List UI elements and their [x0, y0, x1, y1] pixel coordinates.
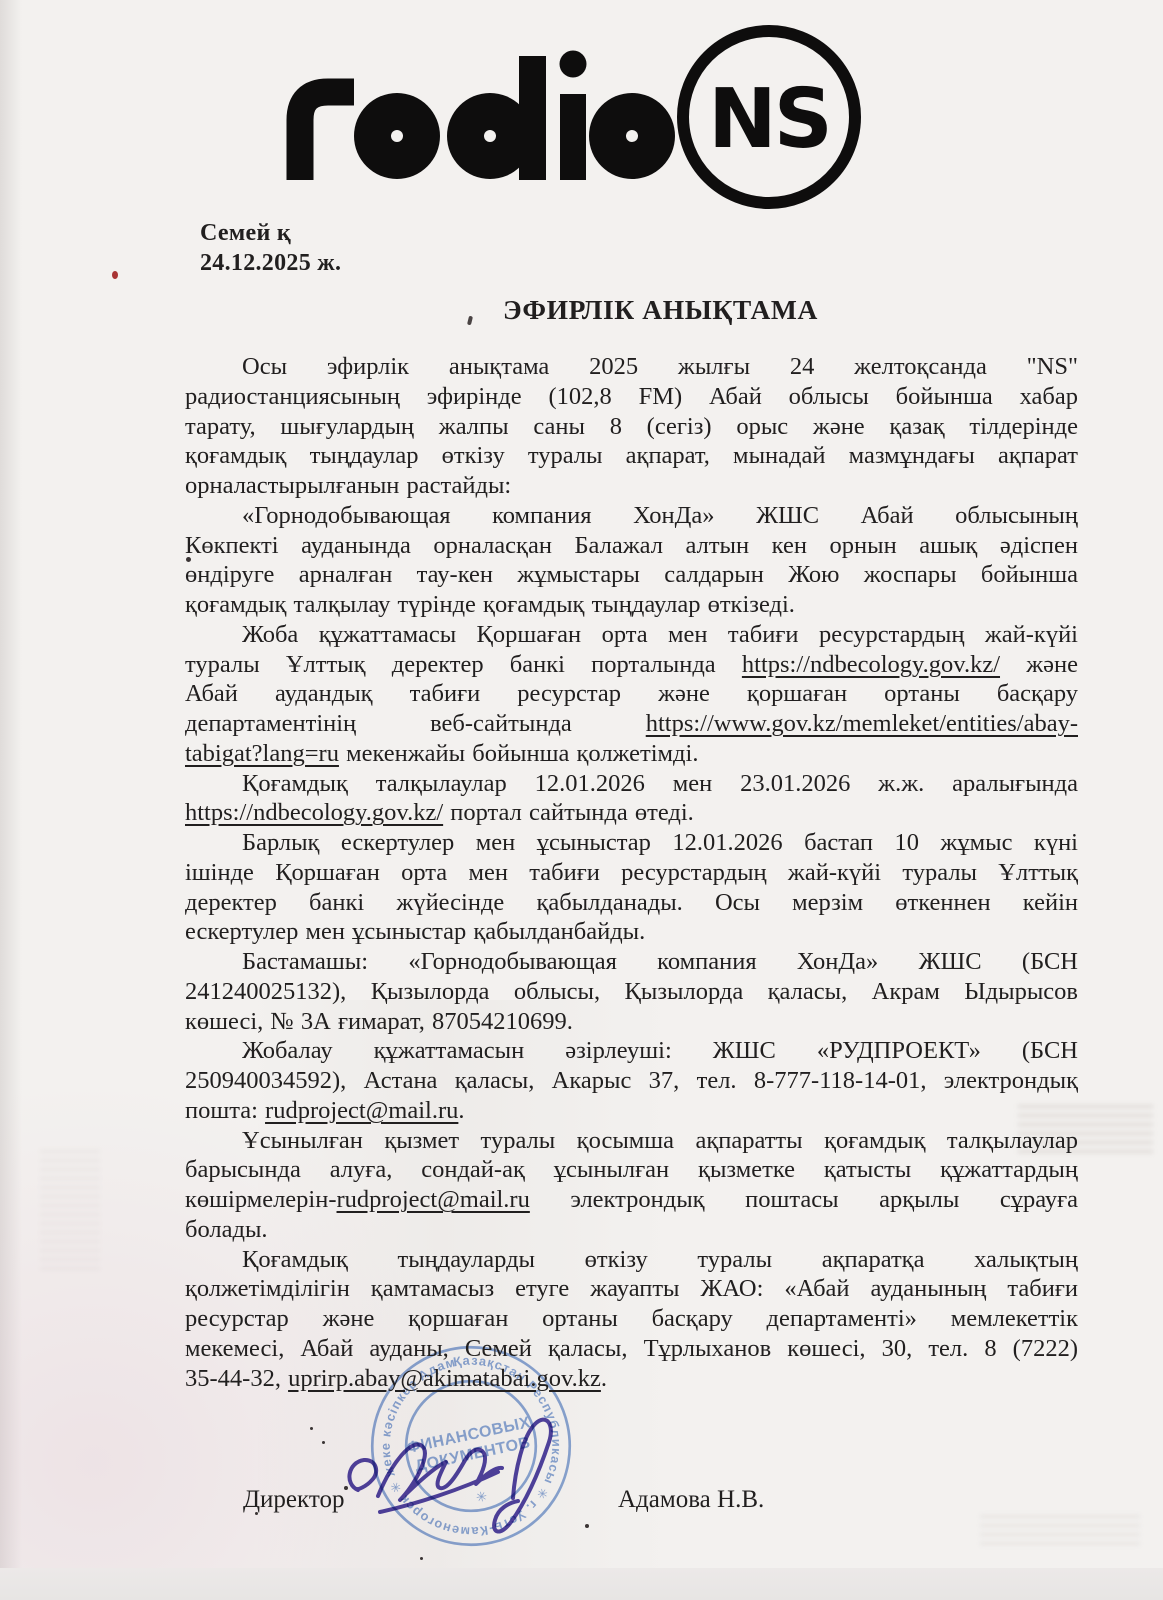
text-line: tabigat?lang=ru мекенжайы бойынша қолжет…	[185, 739, 1078, 769]
scan-speck	[310, 1427, 313, 1430]
text-segment: 250940034592), Астана қаласы, Акарыс 37,…	[185, 1067, 1078, 1094]
text-line: Абай аудандық табиғи ресурстар және қорш…	[185, 679, 1078, 709]
scan-bottom-edge	[0, 1568, 1163, 1600]
logo-ns-text: NS	[708, 72, 830, 167]
text-segment: Бастамашы: «Горнодобывающая компания Хон…	[242, 948, 1078, 975]
text-segment: пошта:	[185, 1097, 265, 1124]
link-text: rudproject@mail.ru	[337, 1186, 530, 1213]
text-segment: департаментінің веб-сайтында	[185, 710, 646, 737]
text-segment: Көкпекті ауданында орналасқан Балажал ал…	[185, 532, 1078, 559]
text-line: Ұсынылған қызмет туралы қосымша ақпаратт…	[185, 1126, 1078, 1156]
text-segment: портал сайтында өтеді.	[443, 799, 694, 826]
text-line: 35-44-32, uprirp.abay@akimatabai.gov.kz.	[185, 1364, 1078, 1394]
text-line: деректер банкі жүйесінде қабылданады. Ос…	[185, 888, 1078, 918]
text-segment: ішінде Қоршаған орта мен табиғи ресурста…	[185, 859, 1078, 886]
text-segment: көшірмелерін-	[185, 1186, 337, 1213]
text-segment: орналастырылғанын растайды:	[185, 472, 511, 499]
text-segment: мекенжайы бойынша қолжетімді.	[339, 740, 699, 767]
text-segment: 35-44-32,	[185, 1365, 288, 1392]
header-address-block: Семей қ 24.12.2025 ж.	[200, 218, 341, 278]
text-line: 250940034592), Астана қаласы, Акарыс 37,…	[185, 1066, 1078, 1096]
scan-speck-red	[112, 271, 118, 279]
paragraph: «Горнодобывающая компания ХонДа» ЖШС Аба…	[185, 501, 1078, 620]
text-segment: деректер банкі жүйесінде қабылданады. Ос…	[185, 889, 1078, 916]
text-line: https://ndbecology.gov.kz/ портал сайтын…	[185, 798, 1078, 828]
text-line: Қоғамдық талқылаулар 12.01.2026 мен 23.0…	[185, 769, 1078, 799]
text-line: болады.	[185, 1215, 1078, 1245]
text-line: қоғамдық талқылау түрінде қоғамдық тыңда…	[185, 590, 1078, 620]
scan-speck	[585, 1524, 589, 1528]
text-segment: туралы Ұлттық деректер банкі порталында	[185, 651, 742, 678]
text-segment: Қоғамдық талқылаулар 12.01.2026 мен 23.0…	[242, 770, 1078, 797]
paragraph: Жобалау құжаттамасын әзірлеуші: ЖШС «РУД…	[185, 1036, 1078, 1125]
text-line: ресурстар және қоршаған ортаны басқару д…	[185, 1304, 1078, 1334]
text-line: қоғамдық тыңдаулар өткізу туралы ақпарат…	[185, 441, 1078, 471]
paragraph: Жоба құжаттамасы Қоршаған орта мен табиғ…	[185, 620, 1078, 769]
paragraph: Осы эфирлік анықтама 2025 жылғы 24 желто…	[185, 352, 1078, 501]
text-line: орналастырылғанын растайды:	[185, 471, 1078, 501]
text-segment: «Горнодобывающая компания ХонДа» ЖШС Аба…	[242, 502, 1078, 529]
text-line: Қоғамдық тыңдауларды өткізу туралы ақпар…	[185, 1245, 1078, 1275]
text-segment: болады.	[185, 1216, 268, 1243]
text-line: 241240025132), Қызылорда облысы, Қызылор…	[185, 977, 1078, 1007]
text-segment: барысында алуға, сондай-ақ ұсынылған қыз…	[185, 1156, 1078, 1183]
link-text: https://ndbecology.gov.kz/	[742, 651, 1000, 678]
bleedthrough-smudge	[40, 1150, 100, 1270]
text-line: көшесі, № 3А ғимарат, 87054210699.	[185, 1007, 1078, 1037]
text-line: ескертулер мен ұсыныстар қабылданбайды.	[185, 917, 1078, 947]
text-line: барысында алуға, сондай-ақ ұсынылған қыз…	[185, 1155, 1078, 1185]
body-text: Осы эфирлік анықтама 2025 жылғы 24 желто…	[185, 352, 1078, 1393]
text-line: Барлық ескертулер мен ұсыныстар 12.01.20…	[185, 828, 1078, 858]
paragraph: Бастамашы: «Горнодобывающая компания Хон…	[185, 947, 1078, 1036]
text-line: Жобалау құжаттамасын әзірлеуші: ЖШС «РУД…	[185, 1036, 1078, 1066]
text-segment: радиостанциясының эфирінде (102,8 FM) Аб…	[185, 383, 1078, 410]
link-text: rudproject@mail.ru	[265, 1097, 458, 1124]
handwritten-signature	[328, 1398, 598, 1553]
text-segment: және	[1000, 651, 1078, 678]
logo-letter-r	[300, 92, 354, 180]
text-segment: электрондық поштасы арқылы сұрауға	[530, 1186, 1078, 1213]
paragraph: Ұсынылған қызмет туралы қосымша ақпаратт…	[185, 1126, 1078, 1245]
text-line: Осы эфирлік анықтама 2025 жылғы 24 желто…	[185, 352, 1078, 382]
text-line: тарату, шығулардың жалпы саны 8 (сегіз) …	[185, 412, 1078, 442]
text-segment: 241240025132), Қызылорда облысы, Қызылор…	[185, 978, 1078, 1005]
document-title: ЭФИРЛІК АНЫҚТАМА	[185, 294, 1078, 326]
text-segment: көшесі, № 3А ғимарат, 87054210699.	[185, 1008, 573, 1035]
text-line: туралы Ұлттық деректер банкі порталында …	[185, 650, 1078, 680]
text-segment: Осы эфирлік анықтама 2025 жылғы 24 желто…	[242, 353, 1078, 380]
text-segment: қоғамдық тыңдаулар өткізу туралы ақпарат…	[185, 442, 1078, 469]
scanned-document-page: NS Семей қ 24.12.2025 ж. ЭФИРЛІК АНЫҚТАМ…	[0, 0, 1163, 1600]
text-segment: Жобалау құжаттамасын әзірлеуші: ЖШС «РУД…	[242, 1037, 1078, 1064]
text-line: Бастамашы: «Горнодобывающая компания Хон…	[185, 947, 1078, 977]
text-line: «Горнодобывающая компания ХонДа» ЖШС Аба…	[185, 501, 1078, 531]
text-segment: Ұсынылған қызмет туралы қосымша ақпаратт…	[242, 1127, 1078, 1154]
text-line: Көкпекті ауданында орналасқан Балажал ал…	[185, 531, 1078, 561]
text-line: ішінде Қоршаған орта мен табиғи ресурста…	[185, 858, 1078, 888]
scan-speck	[255, 1512, 258, 1515]
text-line: мекемесі, Абай ауданы, Семей қаласы, Тұр…	[185, 1334, 1078, 1364]
text-line: Жоба құжаттамасы Қоршаған орта мен табиғ…	[185, 620, 1078, 650]
link-text: uprirp.abay@akimatabai.gov.kz	[288, 1365, 601, 1392]
text-line: радиостанциясының эфирінде (102,8 FM) Аб…	[185, 382, 1078, 412]
city-line: Семей қ	[200, 218, 341, 248]
text-segment: ресурстар және қоршаған ортаны басқару д…	[185, 1305, 1078, 1332]
scan-speck	[322, 1441, 325, 1444]
text-segment: Қоғамдық тыңдауларды өткізу туралы ақпар…	[242, 1246, 1078, 1273]
text-segment: Жоба құжаттамасы Қоршаған орта мен табиғ…	[242, 621, 1078, 648]
date-line: 24.12.2025 ж.	[200, 248, 341, 278]
text-segment: .	[458, 1097, 464, 1124]
text-line: департаментінің веб-сайтында https://www…	[185, 709, 1078, 739]
paragraph: Қоғамдық тыңдауларды өткізу туралы ақпар…	[185, 1245, 1078, 1394]
scan-speck	[186, 557, 191, 562]
paragraph: Қоғамдық талқылаулар 12.01.2026 мен 23.0…	[185, 769, 1078, 829]
text-segment: қоғамдық талқылау түрінде қоғамдық тыңда…	[185, 591, 795, 618]
text-line: көшірмелерін-rudproject@mail.ru электрон…	[185, 1185, 1078, 1215]
text-segment: Абай аудандық табиғи ресурстар және қорш…	[185, 680, 1078, 707]
link-text: tabigat?lang=ru	[185, 740, 339, 767]
paragraph: Барлық ескертулер мен ұсыныстар 12.01.20…	[185, 828, 1078, 947]
scan-speck	[420, 1557, 423, 1560]
link-text: https://www.gov.kz/memleket/entities/aba…	[646, 710, 1078, 737]
bleedthrough-smudge	[980, 1515, 1140, 1545]
logo-radio-ns: NS	[272, 20, 882, 215]
link-text: https://ndbecology.gov.kz/	[185, 799, 443, 826]
scan-speck	[344, 1486, 348, 1490]
text-segment: Барлық ескертулер мен ұсыныстар 12.01.20…	[242, 829, 1078, 856]
text-segment: қолжетімділігін қамтамасыз етуге жауапты…	[185, 1275, 1078, 1302]
text-line: өндіруге арналған тау-кен жұмыстары салд…	[185, 560, 1078, 590]
director-name: Адамова Н.В.	[618, 1486, 764, 1514]
text-line: қолжетімділігін қамтамасыз етуге жауапты…	[185, 1274, 1078, 1304]
text-segment: тарату, шығулардың жалпы саны 8 (сегіз) …	[185, 413, 1078, 440]
text-segment: .	[601, 1365, 607, 1392]
text-segment: өндіруге арналған тау-кен жұмыстары салд…	[185, 561, 1078, 588]
text-line: пошта: rudproject@mail.ru.	[185, 1096, 1078, 1126]
text-segment: мекемесі, Абай ауданы, Семей қаласы, Тұр…	[185, 1335, 1078, 1362]
text-segment: ескертулер мен ұсыныстар қабылданбайды.	[185, 918, 645, 945]
